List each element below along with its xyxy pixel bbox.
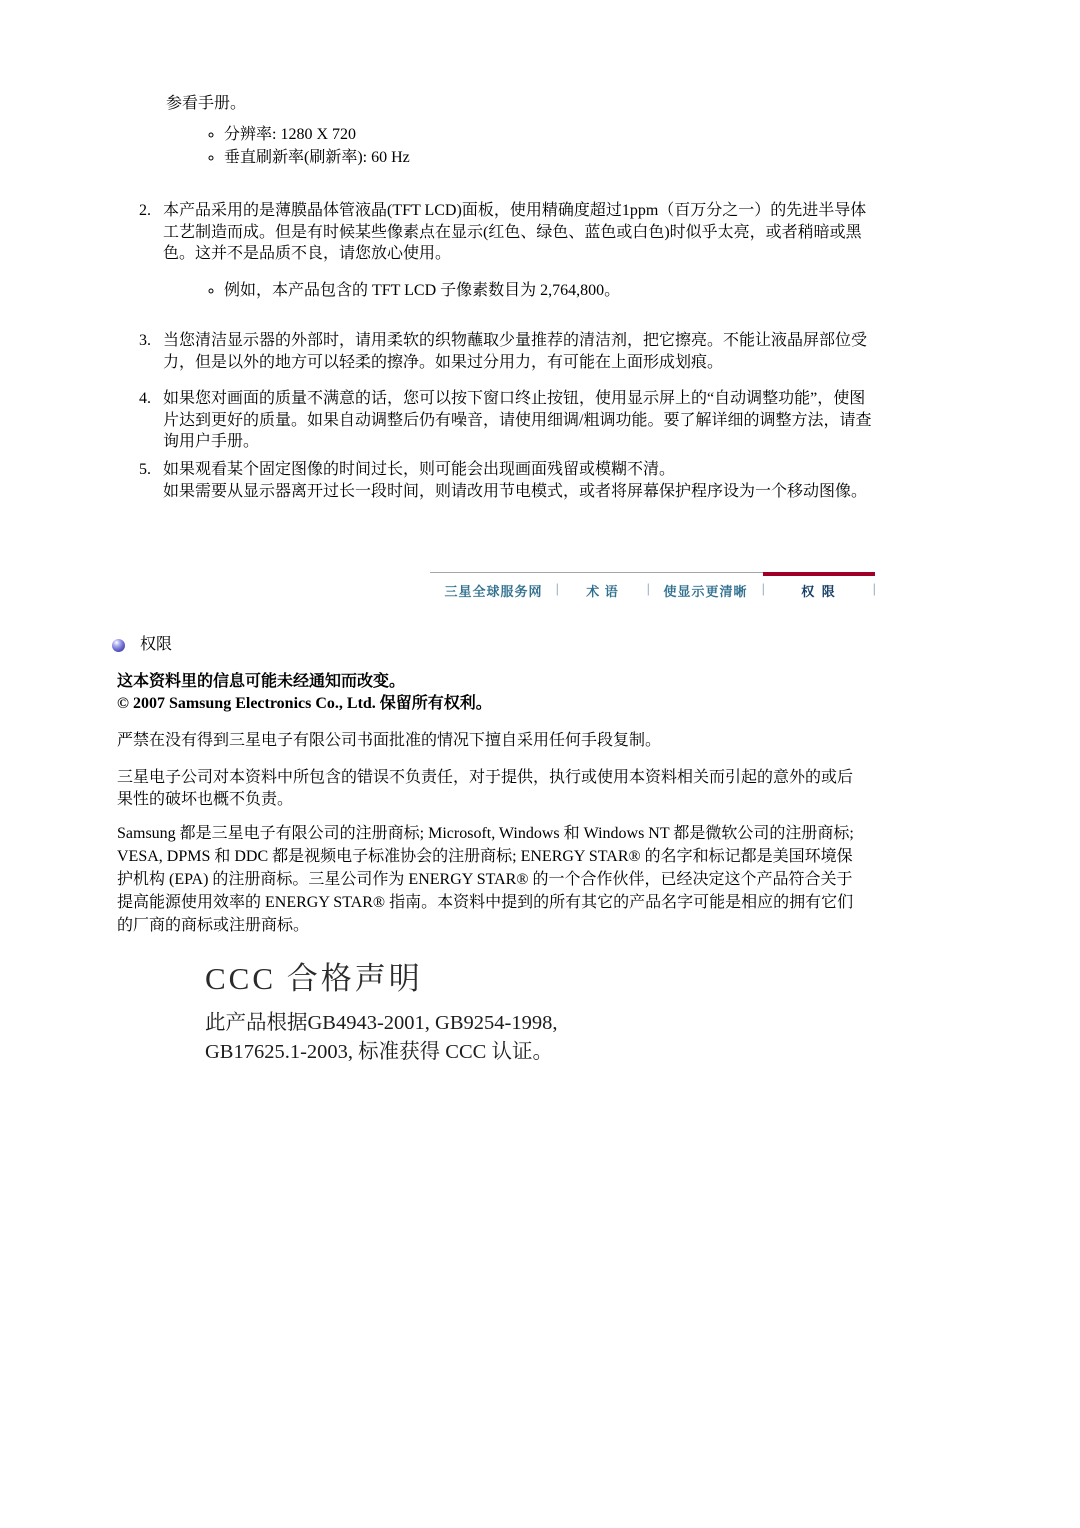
nav-item-label: 三星全球服务网: [444, 584, 542, 599]
lead-text: 参看手册。: [166, 93, 246, 114]
note-2-sublist: 例如，本产品包含的 TFT LCD 子像素数目为 2,764,800。: [224, 280, 620, 302]
nav-item-label: 术 语: [586, 584, 619, 599]
nav-item-better-display[interactable]: 使显示更清晰 |: [648, 572, 763, 600]
ccc-title: CCC 合格声明: [205, 962, 557, 996]
nav-item-rights-active[interactable]: 权 限 |: [763, 572, 875, 600]
ccc-statement: 此产品根据GB4943-2001, GB9254-1998, GB17625.1…: [205, 1009, 557, 1066]
nav-separator: |: [873, 581, 878, 596]
note-number: 2.: [139, 200, 163, 265]
notice-line1: 这本资料里的信息可能未经通知而改变。: [117, 671, 877, 693]
nav-item-label: 权 限: [801, 584, 837, 599]
spec-refresh-rate: 垂直刷新率(刷新率): 60 Hz: [224, 147, 410, 170]
note-number: 4.: [139, 388, 163, 453]
note-text: 如果您对画面的质量不满意的话，您可以按下窗口终止按钮，使用显示屏上的“自动调整功…: [163, 388, 875, 453]
note-item-4: 4. 如果您对画面的质量不满意的话，您可以按下窗口终止按钮，使用显示屏上的“自动…: [139, 388, 875, 453]
footer-nav: 三星全球服务网 | 术 语 | 使显示更清晰 | 权 限 |: [430, 572, 882, 600]
nav-item-glossary[interactable]: 术 语 |: [557, 572, 648, 600]
note-number: 3.: [139, 330, 163, 373]
note-2-subitem: 例如，本产品包含的 TFT LCD 子像素数目为 2,764,800。: [224, 280, 620, 302]
nav-item-samsung-global-service[interactable]: 三星全球服务网 |: [430, 572, 557, 600]
reproduction-paragraph: 严禁在没有得到三星电子有限公司书面批准的情况下擅自采用任何手段复制。: [117, 730, 887, 752]
spec-resolution: 分辨率: 1280 X 720: [224, 124, 410, 147]
note-item-5: 5. 如果观看某个固定图像的时间过长，则可能会出现画面残留或模糊不清。 如果需要…: [139, 459, 875, 502]
ccc-statement-line2: GB17625.1-2003, 标准获得 CCC 认证。: [205, 1038, 557, 1067]
note-text-line2: 如果需要从显示器离开过长一段时间，则请改用节电模式，或者将屏幕保护程序设为一个移…: [163, 481, 875, 503]
notice-line2: © 2007 Samsung Electronics Co., Ltd. 保留所…: [117, 693, 877, 715]
bullet-sphere-icon: [112, 639, 125, 652]
note-item-2: 2. 本产品采用的是薄膜晶体管液晶(TFT LCD)面板，使用精确度超过1ppm…: [139, 200, 875, 265]
note-text-line1: 如果观看某个固定图像的时间过长，则可能会出现画面残留或模糊不清。: [163, 459, 875, 481]
rights-heading-label: 权限: [140, 636, 172, 654]
manual-page: 参看手册。 分辨率: 1280 X 720 垂直刷新率(刷新率): 60 Hz …: [0, 0, 1080, 1528]
rights-section-heading: 权限: [112, 636, 172, 654]
note-text: 当您清洁显示器的外部时，请用柔软的织物蘸取少量推荐的清洁剂，把它擦亮。不能让液晶…: [163, 330, 875, 373]
note-text: 本产品采用的是薄膜晶体管液晶(TFT LCD)面板，使用精确度超过1ppm（百万…: [163, 200, 875, 265]
ccc-declaration: CCC 合格声明 此产品根据GB4943-2001, GB9254-1998, …: [205, 962, 557, 1066]
liability-paragraph: 三星电子公司对本资料中所包含的错误不负责任，对于提供，执行或使用本资料相关而引起…: [117, 767, 865, 810]
spec-list: 分辨率: 1280 X 720 垂直刷新率(刷新率): 60 Hz: [224, 124, 410, 169]
note-item-3: 3. 当您清洁显示器的外部时，请用柔软的织物蘸取少量推荐的清洁剂，把它擦亮。不能…: [139, 330, 875, 373]
copyright-notice: 这本资料里的信息可能未经通知而改变。 © 2007 Samsung Electr…: [117, 671, 877, 714]
nav-item-label: 使显示更清晰: [663, 584, 747, 599]
note-text: 如果观看某个固定图像的时间过长，则可能会出现画面残留或模糊不清。 如果需要从显示…: [163, 459, 875, 502]
ccc-statement-line1: 此产品根据GB4943-2001, GB9254-1998,: [205, 1009, 557, 1038]
trademark-paragraph: Samsung 都是三星电子有限公司的注册商标; Microsoft, Wind…: [117, 822, 867, 937]
note-number: 5.: [139, 459, 163, 502]
